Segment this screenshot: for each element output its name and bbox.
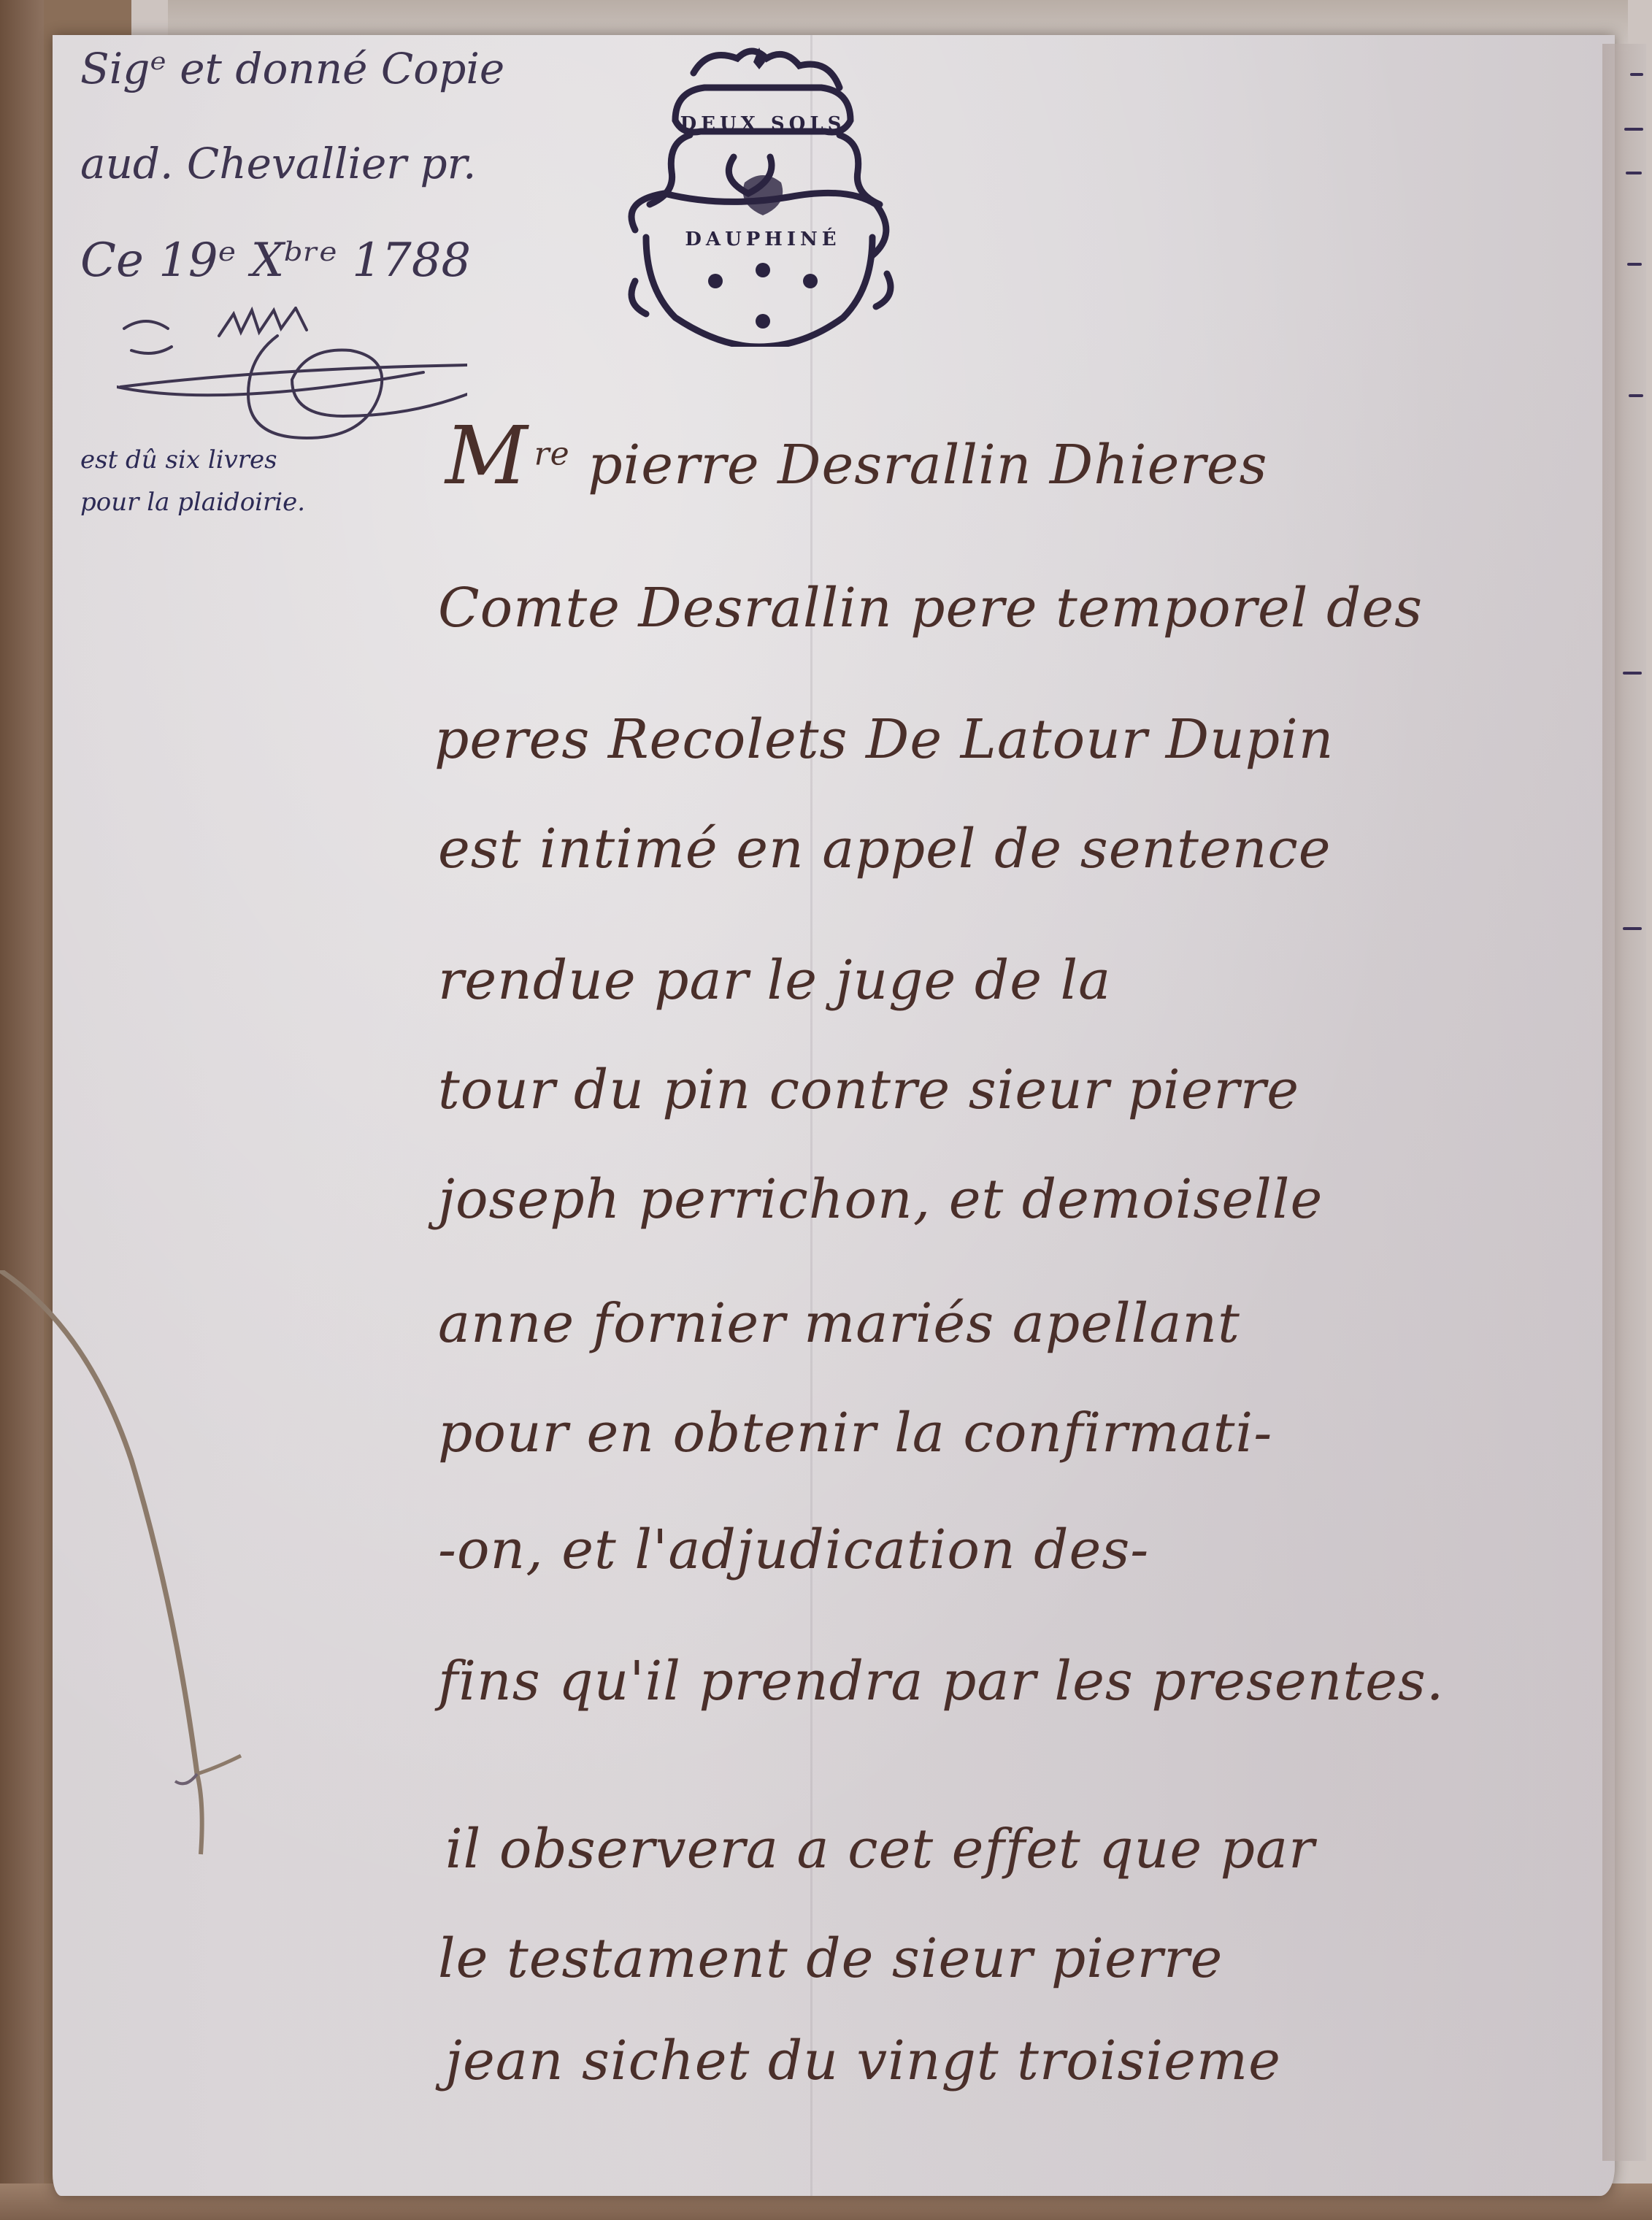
body-line-1: Mre pierre Desrallin Dhieres bbox=[445, 409, 1268, 502]
body-text: pierre Desrallin Dhieres bbox=[588, 434, 1267, 496]
stacked-page-edges bbox=[1602, 44, 1646, 2161]
stamp-denomination: DEUX SOLS bbox=[606, 113, 920, 135]
body-line-5: rendue par le juge de la bbox=[438, 949, 1111, 1012]
body-line-2: Comte Desrallin pere temporel des bbox=[438, 577, 1423, 640]
body-line-11: fins qu'il prendra par les presentes. bbox=[438, 1650, 1444, 1713]
stamp-province: DAUPHINÉ bbox=[606, 228, 920, 250]
margin-note-date: Ce 19ᵉ Xᵇʳᵉ 1788 bbox=[80, 234, 471, 288]
body-line-10: -on, et l'adjudication des- bbox=[438, 1518, 1149, 1581]
body-line-3: peres Recolets De Latour Dupin bbox=[434, 708, 1334, 771]
fee-note-line-2: pour la plaidoirie. bbox=[80, 488, 305, 517]
body-line-9: pour en obtenir la confirmati- bbox=[438, 1402, 1272, 1464]
tax-stamp: DEUX SOLS DAUPHINÉ bbox=[606, 40, 920, 347]
body-line-12: il observera a cet effet que par bbox=[445, 1818, 1315, 1881]
body-line-8: anne fornier mariés apellant bbox=[438, 1292, 1240, 1355]
fee-note-line-1: est dû six livres bbox=[80, 445, 277, 475]
binding-string-icon bbox=[0, 1270, 307, 1964]
body-line-4: est intimé en appel de sentence bbox=[438, 818, 1332, 880]
margin-note-line-1: Sigᵉ et donné Copie bbox=[80, 44, 504, 93]
margin-note-line-2: aud. Chevallier pr. bbox=[80, 139, 476, 188]
title-initial-superscript: re bbox=[534, 435, 570, 472]
body-line-6: tour du pin contre sieur pierre bbox=[438, 1059, 1299, 1121]
fleur-de-lis-shield-icon bbox=[606, 40, 920, 347]
title-initial: M bbox=[445, 409, 529, 502]
body-line-13: le testament de sieur pierre bbox=[438, 1927, 1223, 1990]
body-line-14: jean sichet du vingt troisieme bbox=[445, 2029, 1281, 2092]
body-line-7: joseph perrichon, et demoiselle bbox=[438, 1168, 1323, 1231]
